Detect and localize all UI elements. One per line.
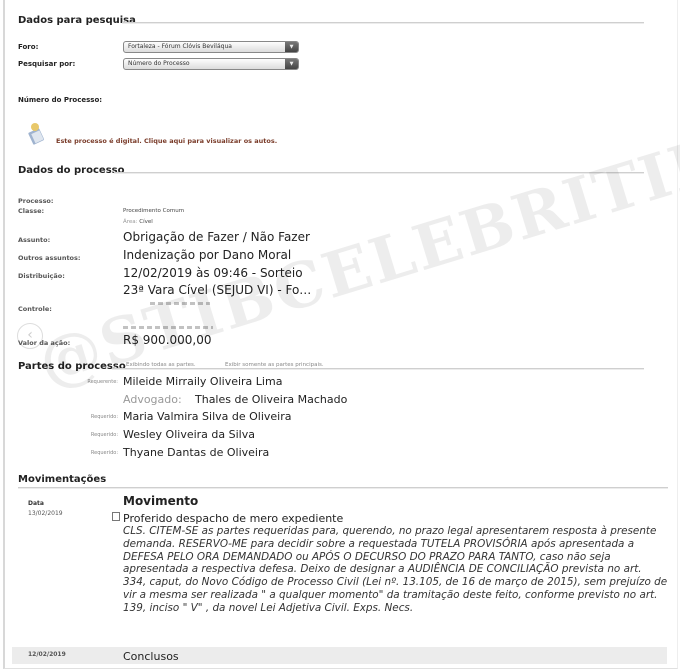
parts-section-title: Partes do processo bbox=[18, 361, 126, 372]
document-icon[interactable] bbox=[112, 512, 120, 521]
classe-label: Classe: bbox=[18, 207, 44, 215]
digital-process-link[interactable]: Este processo é digital. Clique aqui par… bbox=[56, 137, 277, 145]
vara-value: 23ª Vara Cível (SEJUD VI) - Fo… bbox=[123, 283, 311, 297]
redacted-text bbox=[150, 302, 210, 305]
classe-value: Procedimento Comum bbox=[123, 208, 184, 214]
divider bbox=[112, 368, 644, 369]
chevron-down-icon: ▼ bbox=[285, 59, 298, 69]
area-line: Área: Cível bbox=[123, 219, 153, 225]
process-section-title: Dados do processo bbox=[18, 165, 124, 176]
party-name: Thyane Dantas de Oliveira bbox=[123, 446, 269, 459]
movement-title: Proferido despacho de mero expediente bbox=[123, 512, 343, 525]
area-label: Área: bbox=[123, 219, 138, 225]
party-name: Mileide Mirraily Oliveira Lima bbox=[123, 375, 282, 388]
pesquisar-select-value: Número do Processo bbox=[128, 60, 190, 67]
outros-assuntos-label: Outros assuntos: bbox=[18, 254, 80, 262]
assunto-label: Assunto: bbox=[18, 236, 50, 244]
date-column-header: Data bbox=[28, 500, 44, 507]
movement-date: 13/02/2019 bbox=[28, 510, 63, 517]
valor-value: R$ 900.000,00 bbox=[123, 333, 212, 347]
movement-date: 12/02/2019 bbox=[28, 651, 66, 658]
table-row bbox=[12, 647, 667, 664]
area-value: Cível bbox=[139, 219, 153, 225]
party-name: Maria Valmira Silva de Oliveira bbox=[123, 410, 292, 423]
movement-text: CLS. CITEM-SE as partes requeridas para,… bbox=[123, 525, 668, 615]
distribuicao-value: 12/02/2019 às 09:46 - Sorteio bbox=[123, 266, 303, 280]
pesquisar-label: Pesquisar por: bbox=[18, 60, 75, 68]
distribuicao-label: Distribuição: bbox=[18, 272, 65, 280]
party-name: Wesley Oliveira da Silva bbox=[123, 428, 255, 441]
search-section-title: Dados para pesquisa bbox=[18, 15, 136, 26]
assunto-value: Obrigação de Fazer / Não Fazer bbox=[123, 230, 310, 244]
outros-assuntos-value: Indenização por Dano Moral bbox=[123, 248, 291, 262]
show-main-parts-link[interactable]: Exibir somente as partes principais. bbox=[225, 362, 324, 368]
lawyer-role: Advogado: bbox=[123, 393, 182, 406]
foro-select[interactable]: Fortaleza - Fórum Clóvis Beviláqua ▼ bbox=[123, 41, 299, 53]
numero-processo-label: Número do Processo: bbox=[18, 96, 102, 104]
movements-section-title: Movimentações bbox=[18, 474, 106, 485]
movement-column-header: Movimento bbox=[123, 494, 198, 508]
divider bbox=[122, 22, 644, 23]
controle-label: Controle: bbox=[18, 305, 52, 313]
party-role: Requerido: bbox=[58, 414, 118, 420]
party-role: Requerente: bbox=[58, 379, 118, 385]
valor-label: Valor da ação: bbox=[18, 339, 70, 347]
show-all-parts-link[interactable]: Exibindo todas as partes. bbox=[126, 362, 196, 368]
foro-label: Foro: bbox=[18, 43, 38, 51]
party-role: Requerido: bbox=[58, 450, 118, 456]
digital-document-icon[interactable] bbox=[27, 121, 47, 145]
divider bbox=[18, 487, 668, 488]
divider bbox=[114, 172, 644, 173]
party-role: Requerido: bbox=[58, 432, 118, 438]
foro-select-value: Fortaleza - Fórum Clóvis Beviláqua bbox=[128, 43, 232, 50]
lawyer-name: Thales de Oliveira Machado bbox=[195, 393, 347, 406]
processo-label: Processo: bbox=[18, 197, 54, 205]
movement-title: Conclusos bbox=[123, 650, 179, 663]
redacted-text bbox=[123, 326, 213, 329]
chevron-down-icon: ▼ bbox=[285, 42, 298, 52]
pesquisar-select[interactable]: Número do Processo ▼ bbox=[123, 58, 299, 70]
